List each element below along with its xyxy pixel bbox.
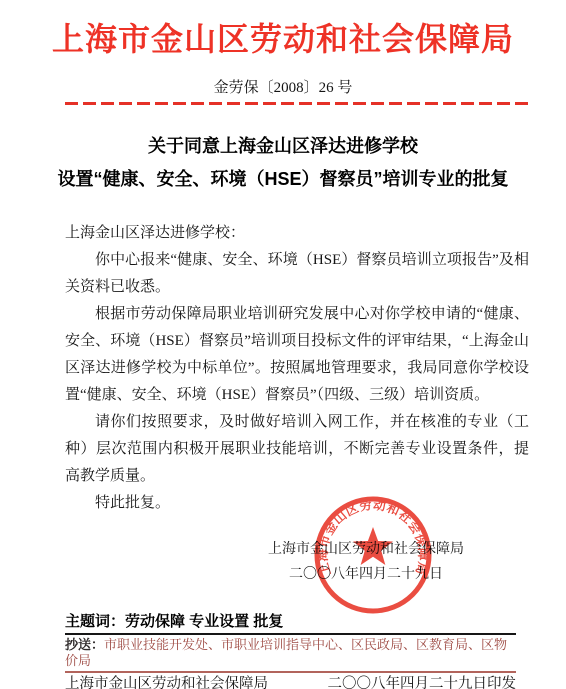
document-title-line-2: 设置“健康、安全、环境（HSE）督察员”培训专业的批复 bbox=[40, 163, 526, 196]
subject-keywords-terms: 劳动保障 专业设置 批复 bbox=[125, 613, 283, 630]
issuing-agency: 上海市金山区劳动和社会保障局 bbox=[65, 675, 268, 689]
issue-row: 上海市金山区劳动和社会保障局 二〇〇八年四月二十九日印发 bbox=[65, 673, 516, 689]
document-number: 金劳保〔2008〕26 号 bbox=[51, 76, 515, 97]
body-paragraph-3: 请你们按照要求，及时做好培训入网工作，并在核准的专业（工种）层次范围内积极开展职… bbox=[65, 409, 529, 490]
red-dashed-separator bbox=[65, 102, 529, 105]
signature-date: 二〇〇八年四月二十九日 bbox=[266, 562, 466, 587]
subject-keywords-row: 主题词：劳动保障 专业设置 批复 bbox=[65, 612, 516, 635]
body-paragraph-1: 你中心报来“健康、安全、环境（HSE）督察员培训立项报告”及相关资料已收悉。 bbox=[65, 247, 529, 301]
salutation: 上海金山区泽达进修学校： bbox=[65, 220, 529, 247]
agency-header-title: 上海市金山区劳动和社会保障局 bbox=[51, 14, 515, 60]
document-page: 上海市金山区劳动和社会保障局 金劳保〔2008〕26 号 关于同意上海金山区泽达… bbox=[0, 0, 566, 689]
document-body: 上海金山区泽达进修学校： 你中心报来“健康、安全、环境（HSE）督察员培训立项报… bbox=[65, 220, 529, 517]
document-title: 关于同意上海金山区泽达进修学校 设置“健康、安全、环境（HSE）督察员”培训专业… bbox=[40, 130, 526, 196]
cc-row: 抄送：市职业技能开发处、市职业培训指导中心、区民政局、区教育局、区物价局 bbox=[65, 635, 516, 673]
document-footer: 主题词：劳动保障 专业设置 批复 抄送：市职业技能开发处、市职业培训指导中心、区… bbox=[65, 612, 516, 689]
cc-recipient-list: 市职业技能开发处、市职业培训指导中心、区民政局、区教育局、区物价局 bbox=[65, 637, 507, 668]
cc-label: 抄送： bbox=[65, 637, 104, 652]
signature-agency: 上海市金山区劳动和社会保障局 bbox=[266, 537, 466, 562]
body-paragraph-2: 根据市劳动保障局职业培训研究发展中心对你学校申请的“健康、安全、环境（HSE）督… bbox=[65, 301, 529, 409]
issue-date: 二〇〇八年四月二十九日印发 bbox=[328, 675, 517, 689]
subject-keywords-label: 主题词： bbox=[65, 613, 125, 630]
body-paragraph-4: 特此批复。 bbox=[65, 490, 529, 517]
document-title-line-1: 关于同意上海金山区泽达进修学校 bbox=[40, 130, 526, 163]
signature-block: 上海市金山区劳动和社会保障局 二〇〇八年四月二十九日 bbox=[266, 537, 466, 587]
